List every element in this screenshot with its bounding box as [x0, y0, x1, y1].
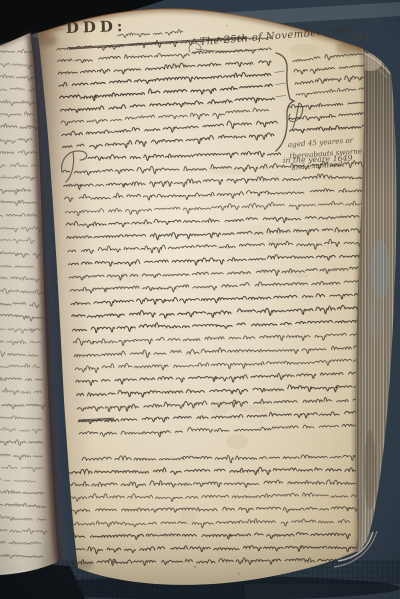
manuscript-photo-canvas: DDD: The 25th of November 1669. 464 in t…: [0, 0, 400, 599]
photo-old-manuscript: DDD: The 25th of November 1669. 464 in t…: [0, 0, 400, 599]
photo-vignette: [0, 0, 400, 599]
